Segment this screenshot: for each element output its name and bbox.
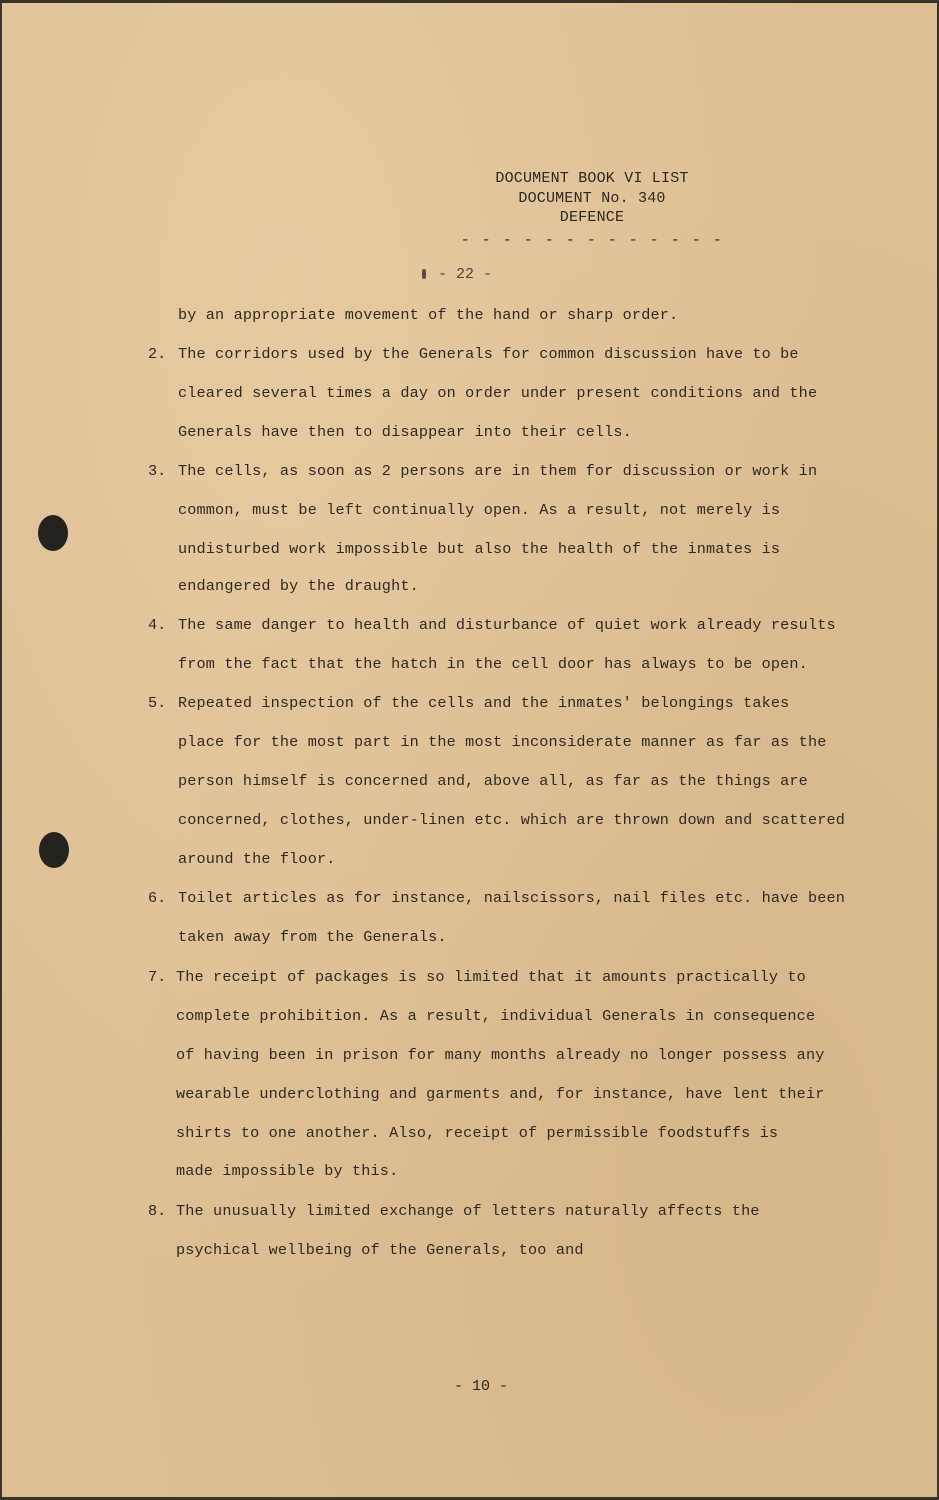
item-line: undisturbed work impossible but also the…: [178, 540, 780, 558]
item-line: from the fact that the hatch in the cell…: [178, 655, 808, 673]
item-line: taken away from the Generals.: [178, 928, 447, 946]
item-line: person himself is concerned and, above a…: [178, 772, 808, 790]
item-line: Generals have then to disappear into the…: [178, 423, 632, 441]
item-line: of having been in prison for many months…: [176, 1046, 824, 1064]
item-line: complete prohibition. As a result, indiv…: [176, 1007, 815, 1025]
top-page-number-text: - 22 -: [438, 266, 492, 283]
punch-hole-icon: [38, 515, 68, 551]
item-number: 4.: [148, 616, 166, 634]
ink-mark-icon: [422, 269, 426, 279]
document-header: DOCUMENT BOOK VI LIST DOCUMENT No. 340 D…: [442, 169, 742, 250]
item-line: concerned, clothes, under-linen etc. whi…: [178, 811, 845, 829]
item-line: cleared several times a day on order und…: [178, 384, 817, 402]
header-rule: - - - - - - - - - - - - -: [442, 231, 742, 251]
item-line: endangered by the draught.: [178, 577, 419, 595]
item-line: made impossible by this.: [176, 1162, 398, 1180]
header-defence: DEFENCE: [442, 208, 742, 228]
continuation-line: by an appropriate movement of the hand o…: [178, 306, 678, 324]
footer-page-number: - 10 -: [454, 1378, 508, 1395]
item-line: Repeated inspection of the cells and the…: [178, 694, 789, 712]
item-number: 2.: [148, 345, 166, 363]
item-line: The cells, as soon as 2 persons are in t…: [178, 462, 817, 480]
item-number: 6.: [148, 889, 166, 907]
item-line: psychical wellbeing of the Generals, too…: [176, 1241, 584, 1259]
item-line: around the floor.: [178, 850, 336, 868]
item-number: 7.: [148, 968, 166, 986]
top-page-number: - 22 -: [422, 266, 492, 283]
item-line: The same danger to health and disturbanc…: [178, 616, 836, 634]
item-line: wearable underclothing and garments and,…: [176, 1085, 824, 1103]
item-number: 5.: [148, 694, 166, 712]
item-line: Toilet articles as for instance, nailsci…: [178, 889, 845, 907]
header-book-list: DOCUMENT BOOK VI LIST: [442, 169, 742, 189]
item-line: The unusually limited exchange of letter…: [176, 1202, 760, 1220]
item-line: The receipt of packages is so limited th…: [176, 968, 806, 986]
item-line: place for the most part in the most inco…: [178, 733, 826, 751]
item-line: shirts to one another. Also, receipt of …: [176, 1124, 778, 1142]
item-number: 3.: [148, 462, 166, 480]
item-number: 8.: [148, 1202, 166, 1220]
document-page: DOCUMENT BOOK VI LIST DOCUMENT No. 340 D…: [2, 3, 937, 1497]
header-document-number: DOCUMENT No. 340: [442, 189, 742, 209]
item-line: common, must be left continually open. A…: [178, 501, 780, 519]
punch-hole-icon: [39, 832, 69, 868]
item-line: The corridors used by the Generals for c…: [178, 345, 799, 363]
